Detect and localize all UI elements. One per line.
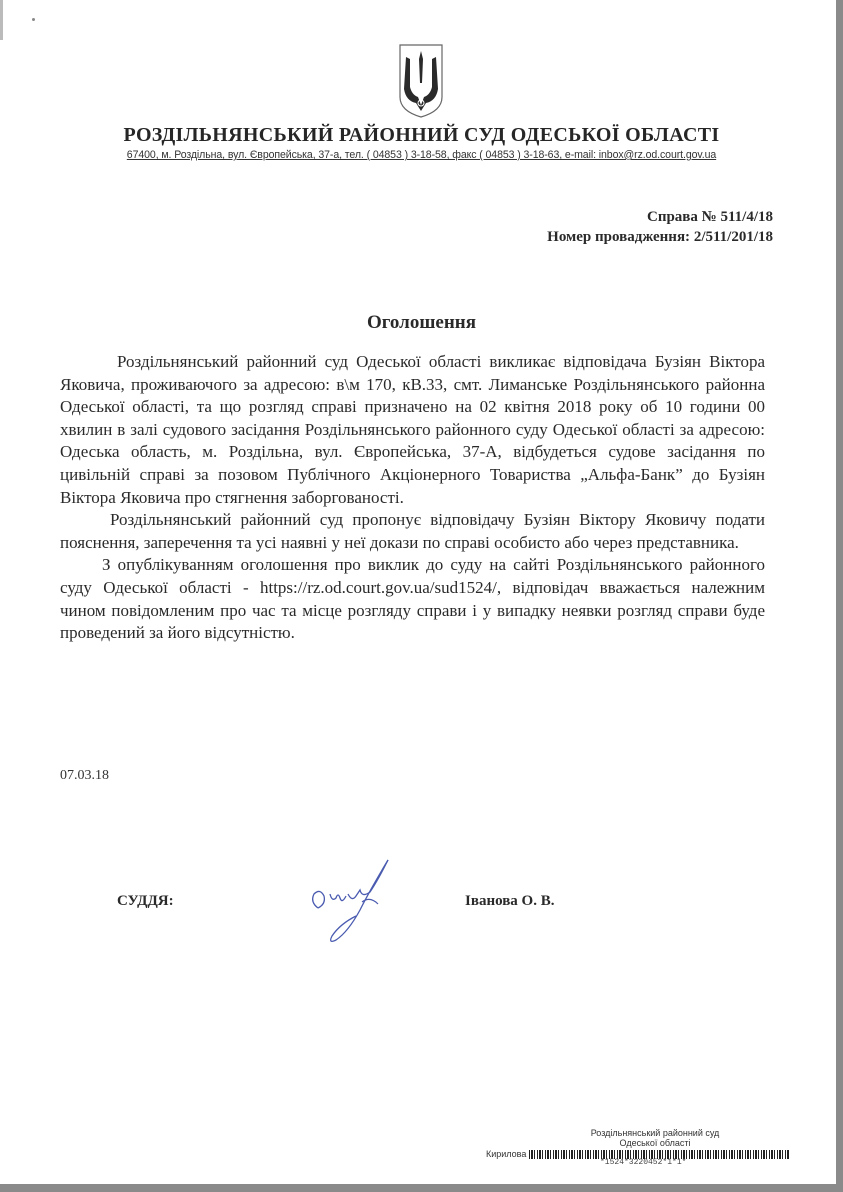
case-number-label: Справа № bbox=[647, 209, 721, 225]
trident-coat-of-arms-icon bbox=[398, 43, 444, 119]
proceeding-number-label: Номер провадження: bbox=[547, 229, 694, 245]
proceeding-number-line: Номер провадження: 2/511/201/18 bbox=[547, 227, 773, 247]
barcode-text: *1524*3220452*1*1* bbox=[600, 1158, 686, 1167]
paragraph-explanation: Роздільнянський районний суд пропонує ві… bbox=[60, 509, 765, 554]
paragraph-publication: З опублікуванням оголошення про виклик д… bbox=[60, 554, 765, 644]
document-title: Оголошення bbox=[0, 312, 843, 334]
court-name-heading: РОЗДІЛЬНЯНСЬКИЙ РАЙОННИЙ СУД ОДЕСЬКОЇ ОБ… bbox=[0, 124, 843, 147]
clerk-name: Кирилова bbox=[486, 1149, 526, 1159]
case-number-line: Справа № 511/4/18 bbox=[547, 207, 773, 227]
judge-label: СУДДЯ: bbox=[117, 893, 174, 910]
case-info: Справа № 511/4/18 Номер провадження: 2/5… bbox=[547, 207, 773, 247]
paragraph-summons: Роздільнянський районний суд Одеської об… bbox=[60, 351, 765, 509]
handwritten-signature-icon bbox=[300, 850, 410, 950]
stamp-court-line2: Одеської області bbox=[560, 1138, 750, 1148]
document-body: Роздільнянський районний суд Одеської об… bbox=[60, 351, 765, 645]
proceeding-number: 2/511/201/18 bbox=[694, 229, 773, 245]
case-number: 511/4/18 bbox=[720, 209, 773, 225]
judge-name: Іванова О. В. bbox=[465, 893, 554, 910]
scan-edge bbox=[0, 0, 3, 40]
document-date: 07.03.18 bbox=[60, 768, 109, 784]
registry-stamp-court: Роздільнянський районний суд Одеської об… bbox=[560, 1128, 750, 1148]
scan-artifact bbox=[32, 18, 35, 21]
document-page: РОЗДІЛЬНЯНСЬКИЙ РАЙОННИЙ СУД ОДЕСЬКОЇ ОБ… bbox=[0, 0, 843, 1192]
court-address: 67400, м. Роздільна, вул. Європейська, 3… bbox=[17, 149, 826, 161]
stamp-court-line1: Роздільнянський районний суд bbox=[560, 1128, 750, 1138]
